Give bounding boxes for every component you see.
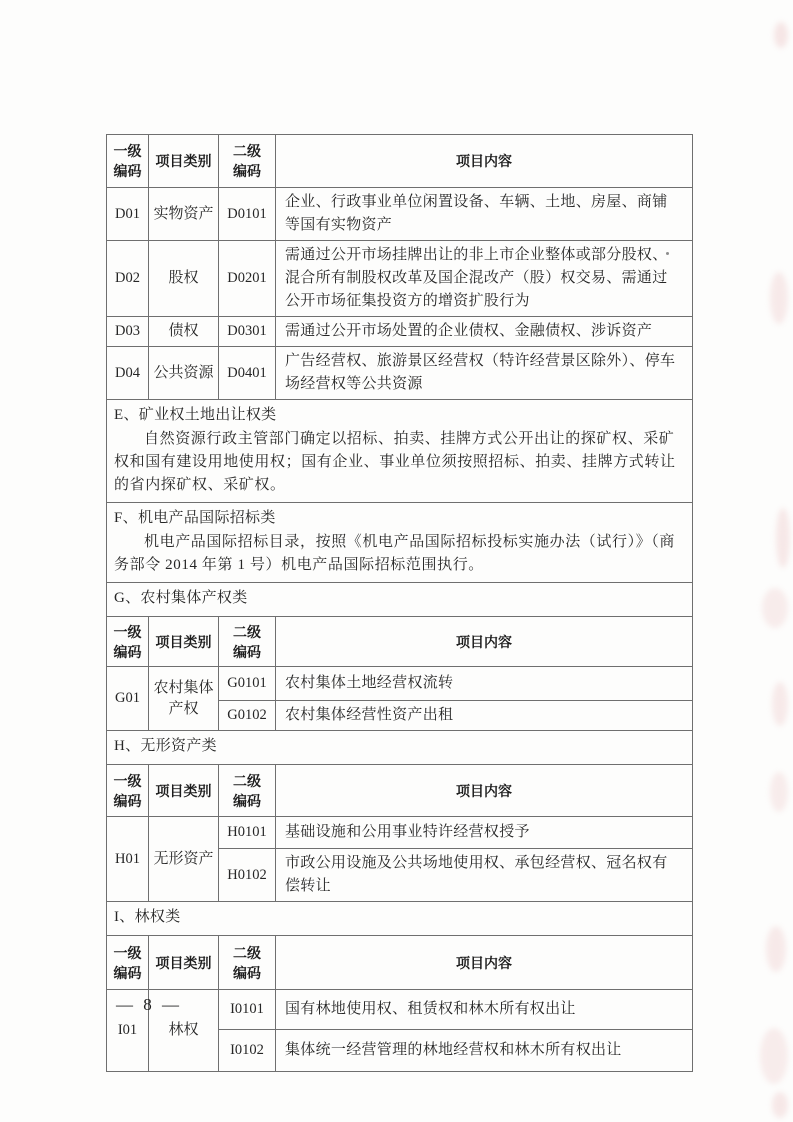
table-row-i0101: I01 林权 I0101 国有林地使用权、租赁权和林木所有权出让 (107, 990, 693, 1030)
section-i-title-cell: I、林权类 (107, 902, 693, 936)
section-g-title-row: G、农村集体产权类 (107, 583, 693, 617)
header-content: 项目内容 (276, 765, 693, 817)
project-catalog-table: 一级 编码 项目类别 二级 编码 项目内容 D01 实物资产 D0101 企业、… (106, 134, 693, 1072)
section-g-title-cell: G、农村集体产权类 (107, 583, 693, 617)
scanned-document-page: 一级 编码 项目类别 二级 编码 项目内容 D01 实物资产 D0101 企业、… (0, 0, 793, 1122)
section-e-cell: E、矿业权土地出让权类 自然资源行政主管部门确定以招标、拍卖、挂牌方式公开出让的… (107, 400, 693, 503)
cell-subcode: D0301 (219, 317, 276, 347)
header-category: 项目类别 (149, 936, 219, 990)
bleed-through-mark (774, 22, 788, 48)
section-e-title: E、矿业权土地出让权类 (114, 403, 682, 428)
table-row-d01: D01 实物资产 D0101 企业、行政事业单位闲置设备、车辆、土地、房屋、商铺… (107, 188, 693, 241)
bleed-through-mark (762, 588, 788, 628)
cell-category: 实物资产 (149, 188, 219, 241)
cell-content: 国有林地使用权、租赁权和林木所有权出让 (276, 990, 693, 1030)
cell-subcode: D0101 (219, 188, 276, 241)
cell-content: 企业、行政事业单位闲置设备、车辆、土地、房屋、商铺等国有实物资产 (276, 188, 693, 241)
header-content: 项目内容 (276, 936, 693, 990)
cell-group-code: G01 (107, 667, 149, 731)
cell-category: 公共资源 (149, 347, 219, 400)
section-e-body: 自然资源行政主管部门确定以招标、拍卖、挂牌方式公开出让的探矿权、采矿权和国有建设… (114, 428, 682, 497)
table-header-row-h: 一级 编码 项目类别 二级 编码 项目内容 (107, 765, 693, 817)
header-level1-code: 一级 编码 (107, 617, 149, 667)
cell-subcode: D0401 (219, 347, 276, 400)
cell-category: 股权 (149, 241, 219, 317)
bleed-through-mark (772, 682, 788, 726)
bleed-through-mark (770, 272, 788, 324)
cell-subcode: H0102 (219, 849, 276, 902)
section-f-title: F、机电产品国际招标类 (114, 506, 682, 531)
header-content: 项目内容 (276, 617, 693, 667)
cell-content: 农村集体土地经营权流转 (276, 667, 693, 701)
cell-code: D04 (107, 347, 149, 400)
cell-group-category: 农村集体产权 (149, 667, 219, 731)
header-level1-code: 一级 编码 (107, 135, 149, 188)
cell-code: D01 (107, 188, 149, 241)
section-h-title-row: H、无形资产类 (107, 731, 693, 765)
cell-content: 需通过公开市场挂牌出让的非上市企业整体或部分股权、混合所有制股权改革及国企混改产… (276, 241, 693, 317)
cell-content: 市政公用设施及公共场地使用权、承包经营权、冠名权有偿转让 (276, 849, 693, 902)
section-e-row: E、矿业权土地出让权类 自然资源行政主管部门确定以招标、拍卖、挂牌方式公开出让的… (107, 400, 693, 503)
table-row-d04: D04 公共资源 D0401 广告经营权、旅游景区经营权（特许经营景区除外）、停… (107, 347, 693, 400)
cell-subcode: G0101 (219, 667, 276, 701)
header-level1-code: 一级 编码 (107, 936, 149, 990)
header-level1-code: 一级 编码 (107, 765, 149, 817)
cell-content: 农村集体经营性资产出租 (276, 701, 693, 731)
header-level2-code: 二级 编码 (219, 135, 276, 188)
cell-group-category: 无形资产 (149, 817, 219, 902)
cell-content: 基础设施和公用事业特许经营权授予 (276, 817, 693, 849)
bleed-through-mark (770, 772, 788, 812)
header-level2-code: 二级 编码 (219, 765, 276, 817)
cell-subcode: D0201 (219, 241, 276, 317)
table-header-row-d: 一级 编码 项目类别 二级 编码 项目内容 (107, 135, 693, 188)
cell-subcode: H0101 (219, 817, 276, 849)
section-h-title-cell: H、无形资产类 (107, 731, 693, 765)
table-row-h0101: H01 无形资产 H0101 基础设施和公用事业特许经营权授予 (107, 817, 693, 849)
header-content: 项目内容 (276, 135, 693, 188)
cell-group-code: H01 (107, 817, 149, 902)
header-level2-code: 二级 编码 (219, 936, 276, 990)
section-f-row: F、机电产品国际招标类 机电产品国际招标目录，按照《机电产品国际招标投标实施办法… (107, 503, 693, 583)
table-row-d03: D03 债权 D0301 需通过公开市场处置的企业债权、金融债权、涉诉资产 (107, 317, 693, 347)
bleed-through-mark (766, 926, 786, 972)
cell-subcode: I0101 (219, 990, 276, 1030)
cell-content: 集体统一经营管理的林地经营权和林木所有权出让 (276, 1030, 693, 1072)
table-row-d02: D02 股权 D0201 需通过公开市场挂牌出让的非上市企业整体或部分股权、混合… (107, 241, 693, 317)
section-h-title: H、无形资产类 (114, 734, 682, 759)
header-category: 项目类别 (149, 617, 219, 667)
section-f-body: 机电产品国际招标目录，按照《机电产品国际招标投标实施办法（试行）》（商务部令 2… (114, 531, 682, 577)
bleed-through-mark (772, 1092, 788, 1118)
table-header-row-g: 一级 编码 项目类别 二级 编码 项目内容 (107, 617, 693, 667)
cell-content: 广告经营权、旅游景区经营权（特许经营景区除外）、停车场经营权等公共资源 (276, 347, 693, 400)
cell-code: D03 (107, 317, 149, 347)
cell-subcode: I0102 (219, 1030, 276, 1072)
section-i-title: I、林权类 (114, 905, 682, 930)
ink-speck (666, 252, 669, 255)
page-number: — 8 — (116, 995, 182, 1015)
header-category: 项目类别 (149, 765, 219, 817)
cell-category: 债权 (149, 317, 219, 347)
bleed-through-mark (760, 1028, 788, 1084)
header-level2-code: 二级 编码 (219, 617, 276, 667)
cell-content: 需通过公开市场处置的企业债权、金融债权、涉诉资产 (276, 317, 693, 347)
cell-subcode: G0102 (219, 701, 276, 731)
table-header-row-i: 一级 编码 项目类别 二级 编码 项目内容 (107, 936, 693, 990)
bleed-through-mark (776, 508, 790, 568)
table-row-g0101: G01 农村集体产权 G0101 农村集体土地经营权流转 (107, 667, 693, 701)
section-f-cell: F、机电产品国际招标类 机电产品国际招标目录，按照《机电产品国际招标投标实施办法… (107, 503, 693, 583)
section-i-title-row: I、林权类 (107, 902, 693, 936)
header-category: 项目类别 (149, 135, 219, 188)
cell-code: D02 (107, 241, 149, 317)
section-g-title: G、农村集体产权类 (114, 586, 682, 611)
